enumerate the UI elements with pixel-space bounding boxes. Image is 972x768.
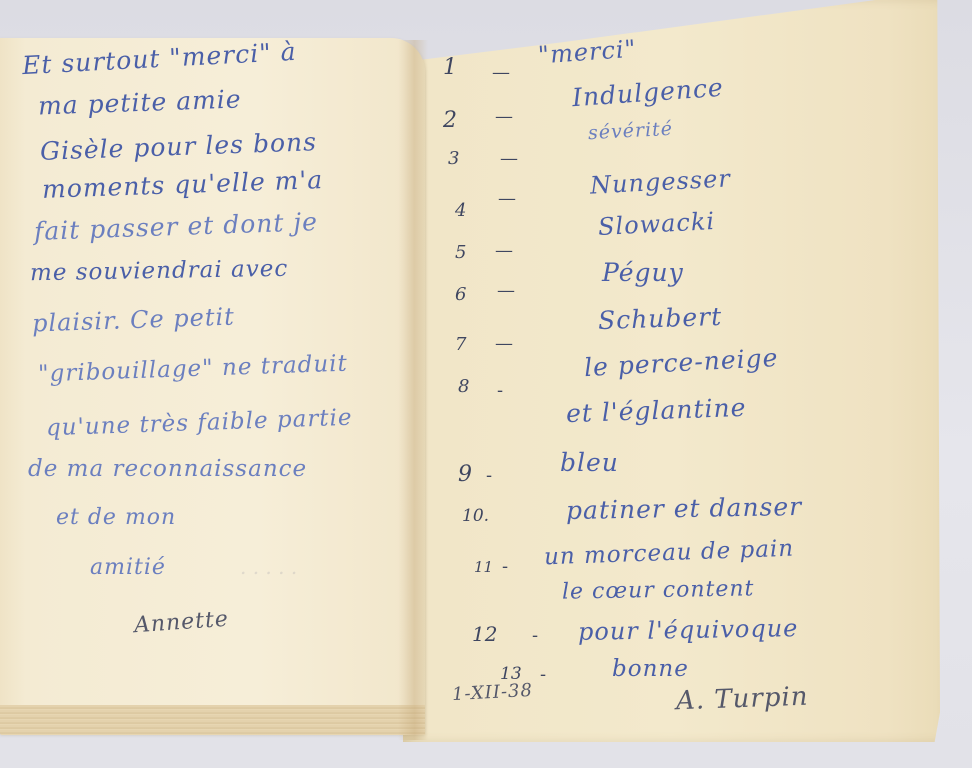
book-gutter xyxy=(398,40,428,740)
item-number: 2 xyxy=(443,108,457,133)
dash: — xyxy=(492,62,510,83)
dash: — xyxy=(495,333,513,354)
answer-text: Schubert xyxy=(598,302,723,335)
answer-text: Péguy xyxy=(602,258,684,287)
answer-text: pour l'équivoque xyxy=(578,614,799,646)
item-number: 3 xyxy=(448,148,459,169)
handwritten-line: et de mon xyxy=(56,505,176,530)
dash: — xyxy=(497,280,515,301)
handwritten-line: de ma reconnaissance xyxy=(28,456,307,482)
item-number: 11 xyxy=(474,558,493,576)
handwritten-line: amitié xyxy=(90,555,166,580)
item-number: 5 xyxy=(455,242,466,263)
item-number: 9 xyxy=(458,462,472,487)
item-number: 7 xyxy=(455,334,466,355)
dash: - xyxy=(497,380,503,401)
item-number: 10. xyxy=(462,506,489,526)
date: 1-XII-38 xyxy=(452,680,534,705)
dash: — xyxy=(495,240,513,261)
answer-text: bleu xyxy=(560,448,619,477)
show-through-text: . . . . . xyxy=(240,555,297,579)
signature: A. Turpin xyxy=(676,682,809,717)
item-number: 12 xyxy=(472,622,497,646)
handwritten-line: me souviendrai avec xyxy=(30,256,289,287)
dash: — xyxy=(498,188,516,209)
left-page-edges xyxy=(0,705,425,735)
dash: - xyxy=(532,625,538,646)
dash: - xyxy=(486,465,492,486)
item-number: 8 xyxy=(458,376,469,397)
answer-text: bonne xyxy=(612,656,689,682)
item-number: 6 xyxy=(455,284,466,305)
answer-text: sévérité xyxy=(587,118,673,144)
answer-text: patiner et danser xyxy=(566,492,803,525)
dash: — xyxy=(495,106,513,127)
item-number: 1 xyxy=(443,55,457,80)
answer-text: le cœur content xyxy=(562,576,755,604)
dash: - xyxy=(502,556,508,577)
dash: - xyxy=(540,664,546,685)
dash: — xyxy=(500,148,518,169)
item-number: 4 xyxy=(455,200,466,221)
